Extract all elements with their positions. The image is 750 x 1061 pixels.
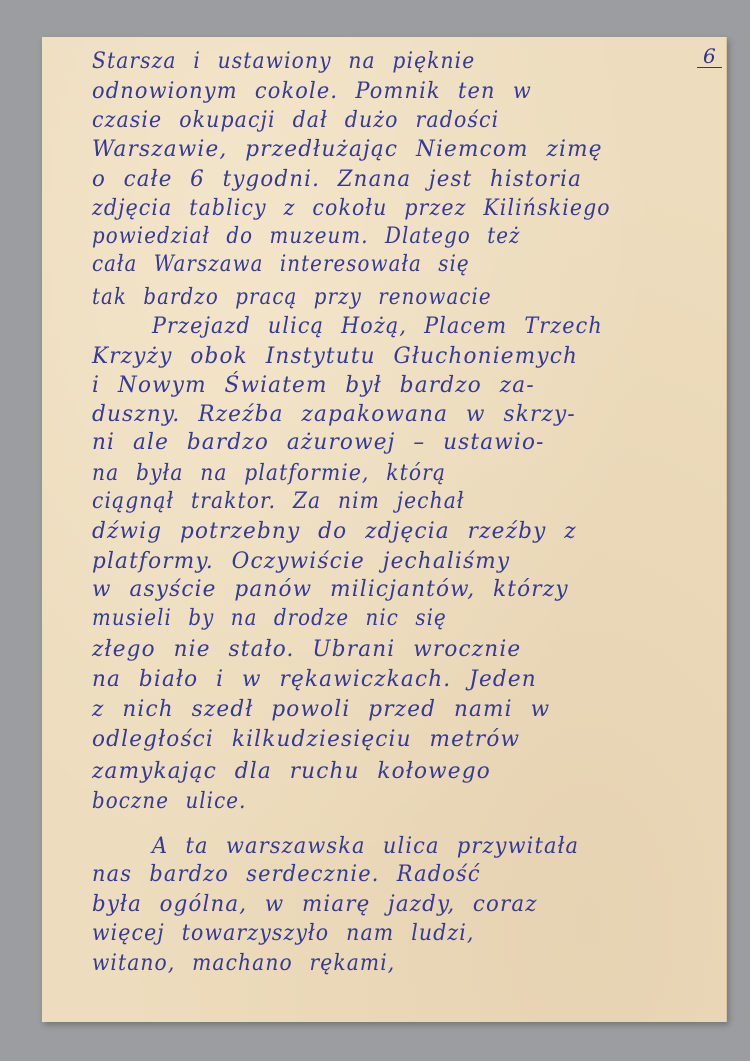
handwritten-line: A ta warszawska ulica przywitała [152,834,579,860]
handwritten-line: na biało i w rękawiczkach. Jeden [92,667,537,693]
handwritten-line: była ogólna, w miarę jazdy, coraz [92,892,538,918]
handwritten-line: Krzyży obok Instytutu Głuchoniemych [92,344,578,370]
handwritten-line: boczne ulice. [92,789,246,815]
handwritten-line: witano, machano rękami, [92,951,395,977]
handwritten-line: złego nie stało. Ubrani wrocznie [92,637,521,663]
handwritten-line: o całe 6 tygodni. Znana jest historia [92,167,582,193]
handwritten-line: odnowionym cokole. Pomnik ten w [92,79,532,105]
handwritten-line: dźwig potrzebny do zdjęcia rzeźby z [92,519,577,545]
handwritten-line: więcej towarzyszyło nam ludzi, [92,921,475,947]
handwritten-line: Przejazd ulicą Hożą, Placem Trzech [152,314,603,340]
handwritten-line: tak bardzo pracą przy renowacie [92,285,492,311]
page-number: 6 [697,45,722,68]
handwritten-line: nas bardzo serdecznie. Radość [92,862,481,888]
handwritten-line: duszny. Rzeźba zapakowana w skrzy- [92,402,576,428]
handwritten-line: cała Warszawa interesowała się [92,252,470,278]
handwritten-line: zdjęcia tablicy z cokołu przez Kilińskie… [92,196,611,222]
handwritten-page: 6 Starsza i ustawiony na pięknieodnowion… [42,37,727,1022]
handwritten-line: powiedział do muzeum. Dlatego też [92,224,521,250]
handwritten-line: w asyście panów milicjantów, którzy [92,577,569,603]
handwritten-line: platformy. Oczywiście jechaliśmy [92,549,510,575]
handwritten-line: czasie okupacji dał dużo radości [92,108,499,134]
handwritten-line: z nich szedł powoli przed nami w [92,697,550,723]
handwritten-line: na była na platformie, którą [92,461,446,487]
handwritten-line: ni ale bardzo ażurowej – ustawio- [92,430,545,456]
handwritten-line: i Nowym Światem był bardzo za- [92,373,535,399]
handwritten-line: ciągnął traktor. Za nim jechał [92,489,465,515]
handwritten-line: odległości kilkudziesięciu metrów [92,727,520,753]
handwritten-line: zamykając dla ruchu kołowego [92,759,491,785]
handwritten-line: Starsza i ustawiony na pięknie [92,49,475,75]
handwritten-line: musieli by na drodze nic się [92,606,447,632]
handwritten-line: Warszawie, przedłużając Niemcom zimę [92,137,603,163]
